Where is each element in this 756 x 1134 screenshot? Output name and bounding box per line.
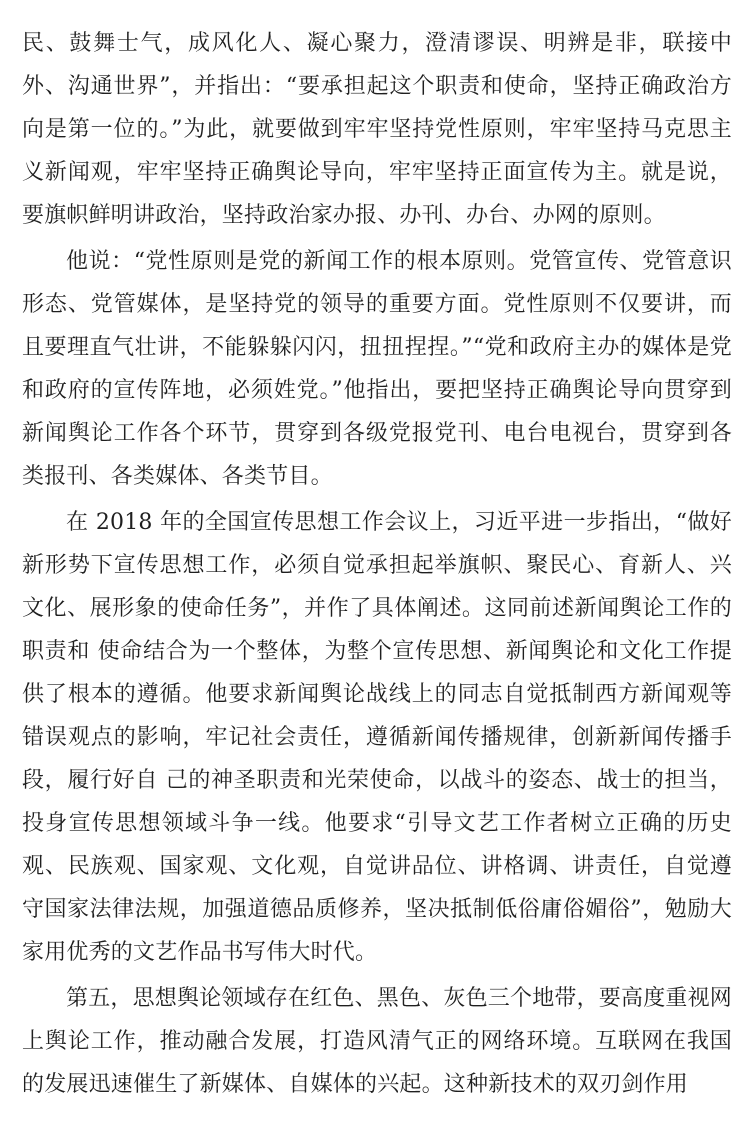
paragraph-party-principle: 他说：“党性原则是党的新闻工作的根本原则。党管宣传、党管意识形态、党管媒体，是坚… <box>22 240 732 498</box>
document-page: 民、鼓舞士气，成风化人、凝心聚力，澄清谬误、明辨是非，联接中外、沟通世界”，并指… <box>0 0 756 1134</box>
paragraph-fifth-point: 第五，思想舆论领域存在红色、黑色、灰色三个地带，要高度重视网上舆论工作，推动融合… <box>22 977 732 1106</box>
paragraph-2018-conference: 在 2018 年的全国宣传思想工作会议上，习近平进一步指出，“做好新形势下宣传思… <box>22 501 732 974</box>
paragraph-continuation: 民、鼓舞士气，成风化人、凝心聚力，澄清谬误、明辨是非，联接中外、沟通世界”，并指… <box>22 22 732 237</box>
